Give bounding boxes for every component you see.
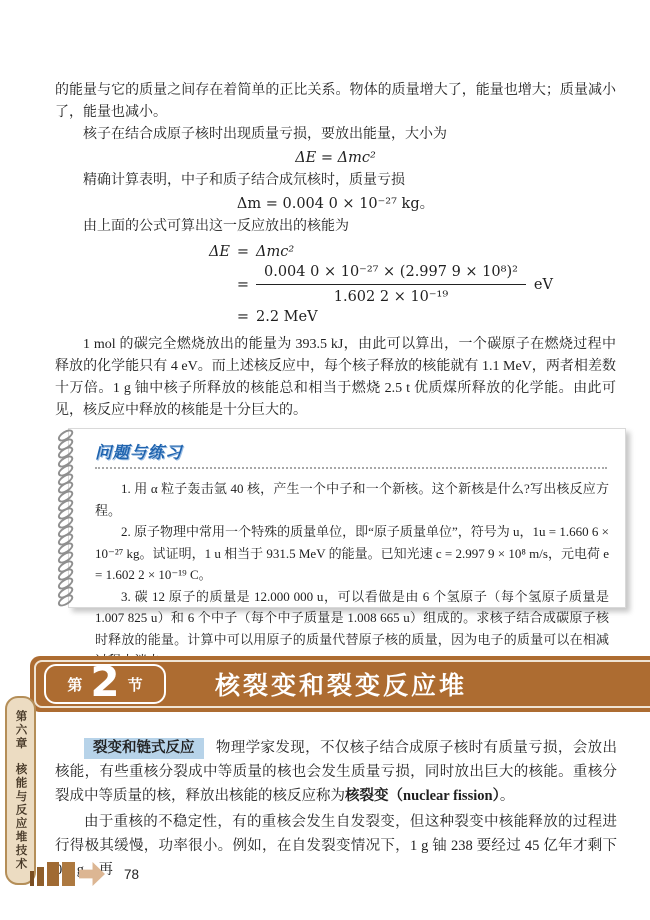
- fission-sentence-end: 。: [500, 788, 515, 804]
- derivation-rhs-1: Δmc²: [256, 244, 294, 260]
- fraction: 0.004 0 × 10⁻²⁷ × (2.997 9 × 10⁸)² 1.602…: [256, 262, 526, 307]
- exercise-item-2: 2. 原子物理中常用一个特殊的质量单位，即“原子质量单位”，符号为 u，1u =…: [95, 521, 609, 586]
- footer-bar-1: [30, 871, 34, 886]
- paragraph-energy-compute: 由上面的公式可算出这一反应放出的核能为: [55, 216, 616, 238]
- fission-term-en: （nuclear fission）: [389, 788, 500, 804]
- unit-ev: eV: [534, 277, 553, 293]
- section-number-badge: 第 2 节: [44, 664, 166, 704]
- paragraph-fission-intro: 裂变和链式反应物理学家发现，不仅核子结合成原子核时有质量亏损，会放出核能，有些重…: [55, 736, 617, 808]
- derivation-row-3: = 2.2 MeV: [200, 309, 616, 325]
- fission-term: 核裂变: [345, 788, 389, 804]
- spiral-binding-icon: [57, 431, 79, 605]
- paragraph-carbon-comparison: 1 mol 的碳完全燃烧放出的能量为 393.5 kJ，由此可以算出，一个碳原子…: [55, 334, 616, 422]
- derivation-result: 2.2 MeV: [256, 309, 318, 325]
- derivation-lhs: ΔE: [200, 244, 230, 260]
- section-number: 2: [90, 662, 119, 702]
- paragraph-nucleon-binding: 核子在结合成原子核时出现质量亏损，要放出能量，大小为: [55, 124, 616, 146]
- paragraph-precise-calc: 精确计算表明，中子和质子结合成氘核时，质量亏损: [55, 170, 616, 192]
- section-suffix: 节: [128, 674, 143, 695]
- equals-sign: =: [230, 309, 256, 325]
- exercise-item-1: 1. 用 α 粒子轰击氩 40 核，产生一个中子和一个新核。这个新核是什么?写出…: [95, 478, 609, 521]
- formula-delta-m: Δm = 0.004 0 × 10⁻²⁷ kg。: [55, 192, 616, 216]
- equals-sign: =: [230, 277, 256, 293]
- section-prefix: 第: [67, 674, 82, 695]
- dotted-divider: [95, 467, 607, 469]
- page-footer: 78: [30, 860, 139, 886]
- paragraph-mass-energy: 的能量与它的质量之间存在着简单的正比关系。物体的质量增大了，能量也增大；质量减小…: [55, 80, 616, 124]
- exercise-box: 问题与练习 1. 用 α 粒子轰击氩 40 核，产生一个中子和一个新核。这个新核…: [68, 428, 626, 608]
- chapter-number: 第六章: [13, 710, 29, 751]
- exercise-box-title: 问题与练习: [95, 439, 183, 463]
- derivation-row-2: = 0.004 0 × 10⁻²⁷ × (2.997 9 × 10⁸)² 1.6…: [200, 262, 616, 307]
- main-text-column: 的能量与它的质量之间存在着简单的正比关系。物体的质量增大了，能量也增大；质量减小…: [55, 80, 616, 422]
- textbook-page: 的能量与它的质量之间存在着简单的正比关系。物体的质量增大了，能量也增大；质量减小…: [0, 0, 650, 920]
- paragraph-spontaneous-fission: 由于重核的不稳定性，有的重核会发生自发裂变，但这种裂变中核能释放的过程进行得极其…: [55, 810, 617, 882]
- fraction-denominator: 1.602 2 × 10⁻¹⁹: [256, 285, 526, 307]
- topic-label: 裂变和链式反应: [84, 738, 204, 759]
- page-number: 78: [124, 867, 139, 882]
- chapter-title-text: 核能与反应堆技术: [13, 763, 29, 871]
- footer-bar-2: [37, 867, 44, 886]
- derivation-row-1: ΔE = Δmc²: [200, 244, 616, 260]
- arrow-right-icon: [79, 862, 105, 886]
- footer-bar-4: [62, 862, 75, 886]
- section-banner: 第 2 节 核裂变和裂变反应堆: [30, 656, 650, 712]
- chapter-tab: 第六章 核能与反应堆技术: [5, 696, 36, 885]
- section-title: 核裂变和裂变反应堆: [215, 666, 467, 702]
- equals-sign: =: [230, 244, 256, 260]
- fraction-numerator: 0.004 0 × 10⁻²⁷ × (2.997 9 × 10⁸)²: [256, 262, 526, 285]
- formula-delta-e: ΔE = Δmc²: [55, 146, 616, 170]
- section-body: 裂变和链式反应物理学家发现，不仅核子结合成原子核时有质量亏损，会放出核能，有些重…: [55, 736, 617, 884]
- derivation-block: ΔE = Δmc² = 0.004 0 × 10⁻²⁷ × (2.997 9 ×…: [200, 244, 616, 325]
- footer-bar-3: [47, 862, 59, 886]
